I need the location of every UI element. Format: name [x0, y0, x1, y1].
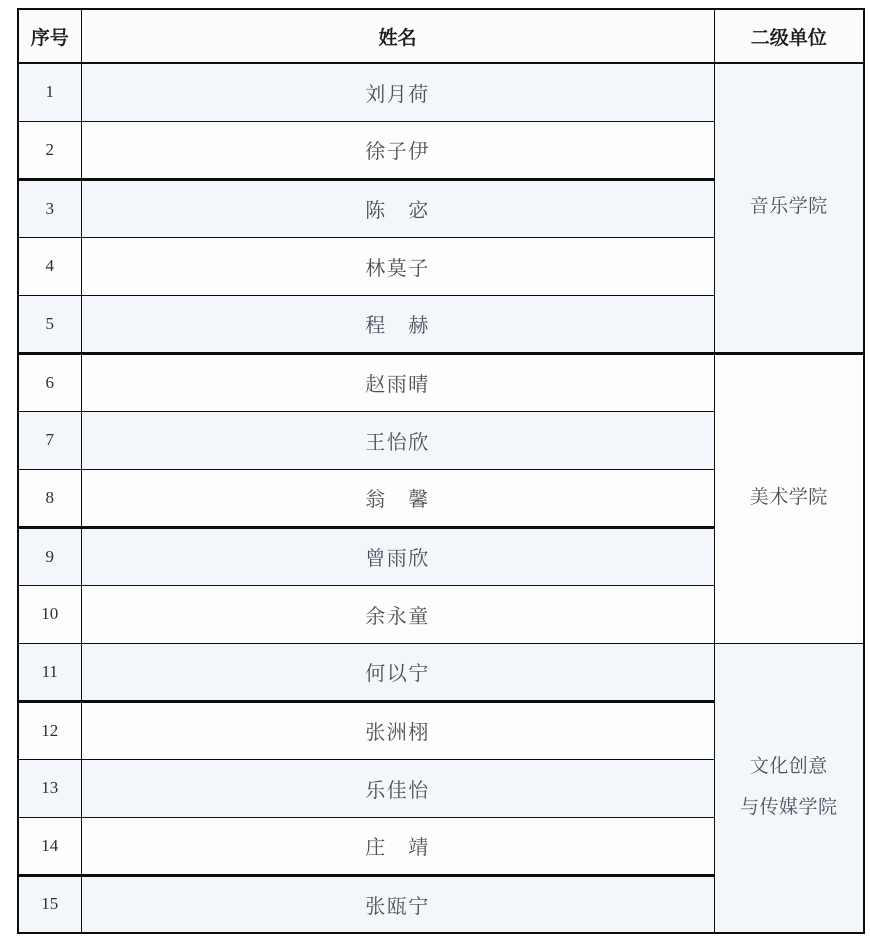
student-name: 何以宁	[81, 643, 714, 701]
row-index: 13	[18, 759, 81, 817]
student-name: 陈 宓	[81, 179, 714, 237]
student-name: 翁 馨	[81, 469, 714, 527]
unit-cell-fine-arts: 美术学院	[714, 353, 864, 643]
student-name: 刘月荷	[81, 63, 714, 121]
row-index: 11	[18, 643, 81, 701]
row-index: 3	[18, 179, 81, 237]
student-name: 余永童	[81, 585, 714, 643]
col-header-name: 姓名	[81, 9, 714, 63]
row-index: 7	[18, 411, 81, 469]
student-name: 徐子伊	[81, 121, 714, 179]
page: 序号 姓名 二级单位 1 刘月荷 音乐学院 2 徐子伊 3 陈 宓 4 林莫子	[0, 8, 870, 943]
row-index: 1	[18, 63, 81, 121]
student-name: 张洲栩	[81, 701, 714, 759]
row-index: 5	[18, 295, 81, 353]
student-name: 曾雨欣	[81, 527, 714, 585]
table-row: 11 何以宁 文化创意 与传媒学院	[18, 643, 864, 701]
student-name: 林莫子	[81, 237, 714, 295]
row-index: 14	[18, 817, 81, 875]
table-body: 1 刘月荷 音乐学院 2 徐子伊 3 陈 宓 4 林莫子 5 程 赫 6	[18, 63, 864, 933]
col-header-unit: 二级单位	[714, 9, 864, 63]
student-name: 赵雨晴	[81, 353, 714, 411]
student-name: 庄 靖	[81, 817, 714, 875]
row-index: 15	[18, 875, 81, 933]
row-index: 9	[18, 527, 81, 585]
table-header: 序号 姓名 二级单位	[18, 9, 864, 63]
table-row: 6 赵雨晴 美术学院	[18, 353, 864, 411]
row-index: 4	[18, 237, 81, 295]
row-index: 2	[18, 121, 81, 179]
col-header-index: 序号	[18, 9, 81, 63]
unit-cell-culture-media: 文化创意 与传媒学院	[714, 643, 864, 933]
roster-table: 序号 姓名 二级单位 1 刘月荷 音乐学院 2 徐子伊 3 陈 宓 4 林莫子	[17, 8, 865, 934]
student-name: 张瓯宁	[81, 875, 714, 933]
row-index: 8	[18, 469, 81, 527]
student-name: 程 赫	[81, 295, 714, 353]
row-index: 10	[18, 585, 81, 643]
table-row: 1 刘月荷 音乐学院	[18, 63, 864, 121]
row-index: 6	[18, 353, 81, 411]
student-name: 王怡欣	[81, 411, 714, 469]
unit-cell-music: 音乐学院	[714, 63, 864, 353]
student-name: 乐佳怡	[81, 759, 714, 817]
header-row: 序号 姓名 二级单位	[18, 9, 864, 63]
row-index: 12	[18, 701, 81, 759]
